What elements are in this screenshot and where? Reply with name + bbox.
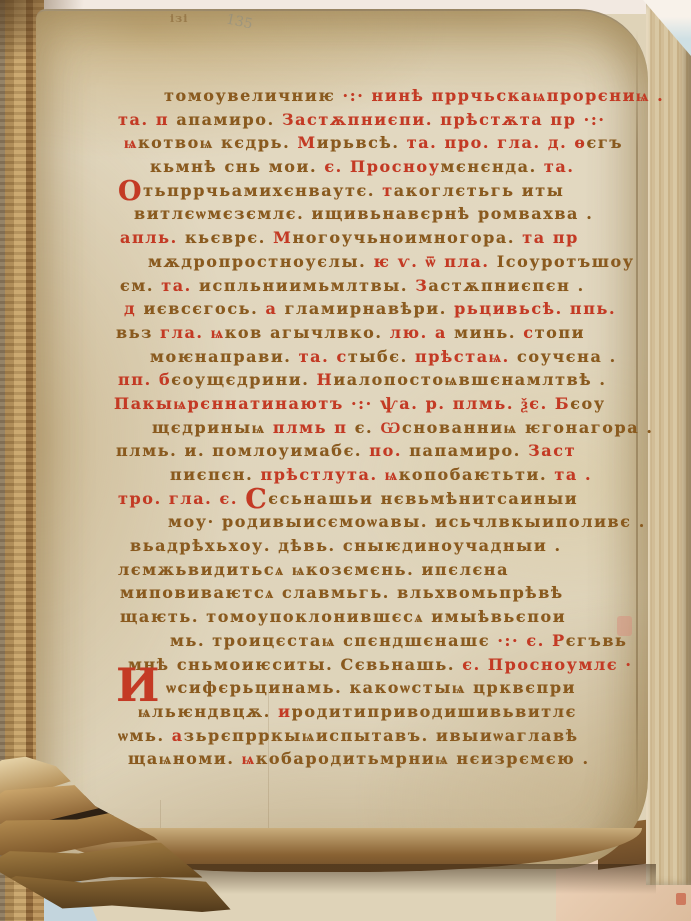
- text-run: є.: [355, 418, 381, 437]
- text-run: ѡмь.: [118, 726, 172, 745]
- text-run: родитиприводишивьвитлє: [292, 702, 577, 721]
- text-run: мѫдропростноуєлы.: [148, 252, 373, 271]
- text-run: тьпррчьамихєнваутє.: [143, 181, 382, 200]
- text-line: Отьпррчьамихєнваутє. такоглєтьгь иты: [114, 179, 659, 203]
- text-run: М: [273, 228, 292, 247]
- text-run: єоущєдрини.: [171, 370, 316, 389]
- text-run: та.: [161, 276, 199, 295]
- text-run: Ѡ: [380, 418, 402, 437]
- text-run: снованниѩ ѥгонагора .: [402, 418, 654, 437]
- text-run: по.: [369, 441, 409, 460]
- text-run: акоглєтьгь иты: [394, 181, 565, 200]
- text-line: ѩльѥндвцѫ. иродитиприводишивьвитлє: [114, 700, 659, 724]
- text-run: плмь. и. помлоуимабє.: [116, 441, 369, 460]
- text-line: моѥнаправи. та. стыбє. прѣстаѩ. соучєна …: [114, 345, 659, 369]
- text-line: томоувеличниѥ ·:· нинѣ пррчьскаѩпрорєниѩ…: [114, 84, 659, 108]
- text-run: мнѣ сньмоиѥситы. Сєвьнашь.: [128, 655, 462, 674]
- text-run: Заст: [528, 441, 576, 460]
- text-run: Пакыѩрєннатинаютъ ·:· ѱа. р. плмь. ѯє. Б: [114, 394, 570, 413]
- text-run: кьмнѣ снь мои.: [150, 157, 324, 176]
- text-run: є. Просноумлє ·: [462, 655, 632, 674]
- text-line: пп. бєоущєдрини. Ниалопостоѩвшєнамлтвѣ .: [114, 368, 659, 392]
- text-run: т: [382, 181, 394, 200]
- text-run: єоу: [570, 394, 605, 413]
- text-run: ногоучьноимногора.: [292, 228, 522, 247]
- text-line: мь. троицєстаѩ спєндшєнашє ·:· є. Рєгъвь: [114, 629, 659, 653]
- text-run: мь. троицєстаѩ спєндшєнашє: [170, 631, 497, 650]
- text-run: ков агычлвко.: [225, 323, 390, 342]
- text-block: томоувеличниѥ ·:· нинѣ пррчьскаѩпрорєниѩ…: [114, 84, 659, 771]
- text-run: прѣстаѩ.: [415, 347, 517, 366]
- text-run: топи: [535, 323, 586, 342]
- text-run: пиєпєн.: [170, 465, 260, 484]
- text-run: та. с: [299, 347, 348, 366]
- text-run: єсьнашьи нєвьмѣнитсаиныи: [268, 489, 578, 508]
- text-line: моу· родивыисємоѡавы. исьчлвкыиполивє .: [114, 510, 659, 534]
- text-run: ѩ: [124, 133, 138, 152]
- text-run: пп. б: [118, 370, 171, 389]
- text-line: мѫдропростноуєлы. ѥ ѵ. ѿ пла. Ісоуротъшо…: [114, 250, 659, 274]
- text-run: плмь п: [273, 418, 355, 437]
- text-line: миповиваѥтсѧ славмьгь. вльхвомьпрѣвѣ: [114, 581, 659, 605]
- text-run: щаѥть. томоупоклонившєсѧ имыѣвьєпои: [120, 607, 566, 626]
- text-run: ·:· нинѣ пррчьскаѩпрорєниѩ .: [343, 86, 665, 105]
- text-run: З: [415, 276, 428, 295]
- text-run: миповиваѥтсѧ славмьгь. вльхвомьпрѣвѣ: [120, 583, 564, 602]
- text-run: котвоѩ кєдрь.: [138, 133, 297, 152]
- text-line: щаѩноми. ѩкобародитьмрниѩ нєизрємєю .: [114, 747, 659, 771]
- text-run: гламирнавѣри.: [285, 299, 454, 318]
- text-run: апамиро.: [176, 110, 282, 129]
- text-line: вьз гла. ѩков агычлвко. лю. а минь. стоп…: [114, 321, 659, 345]
- red-edge-mark: [676, 893, 686, 905]
- text-line: тро. гла. є. Сєсьнашьи нєвьмѣнитсаиныи: [114, 487, 659, 511]
- text-run: гла. ѩ: [160, 323, 225, 342]
- text-run: та .: [554, 465, 592, 484]
- text-run: минь.: [454, 323, 523, 342]
- text-run: и: [278, 702, 291, 721]
- text-run: Ісоуротъшоу: [497, 252, 635, 271]
- text-run: та. про. гла. д. ѳ: [407, 133, 587, 152]
- text-run: лємжьвидитьсѧ ѩкозємєнь. ипєлєна: [118, 560, 509, 579]
- text-line: кьмнѣ снь мои. є. Просноумєнєнда. та.: [114, 155, 659, 179]
- text-run: та. п: [118, 110, 176, 129]
- text-run: витлєѡмєзємлє. ищивьнавєрнѣ ромвахва .: [134, 204, 593, 223]
- text-run: кобародитьмрниѩ нєизрємєю .: [256, 749, 590, 768]
- ink-folio-mark: ізі: [170, 12, 188, 25]
- text-run: а: [265, 299, 284, 318]
- text-line: вьадрѣхьхоу. дѣвь. сныѥдиноучадныи .: [114, 534, 659, 558]
- text-run: папамиро.: [409, 441, 528, 460]
- text-run: томоувеличниѥ: [164, 86, 343, 105]
- text-line: д иєвсєгось. а гламирнавѣри. рьцивьсѣ. п…: [114, 297, 659, 321]
- text-run: астѫпниєпєн .: [428, 276, 584, 295]
- text-line: мнѣ сньмоиѥситы. Сєвьнашь. є. Просноумлє…: [114, 653, 659, 677]
- text-run: копобаѥтьти.: [399, 465, 555, 484]
- text-run: та пр: [522, 228, 579, 247]
- text-run: ѩ: [242, 749, 256, 768]
- text-run: лю. а: [390, 323, 454, 342]
- text-run: апль.: [120, 228, 185, 247]
- text-run: кьєврє.: [185, 228, 273, 247]
- text-run: єм.: [120, 276, 161, 295]
- text-run: рьцивьсѣ. ппь.: [454, 299, 616, 318]
- text-line: плмь. и. помлоуимабє. по. папамиро. Заст: [114, 439, 659, 463]
- text-run: ѥ ѵ. ѿ пла.: [373, 252, 496, 271]
- text-run: прѣстлута. ѩ: [260, 465, 398, 484]
- text-run: єгъ: [586, 133, 623, 152]
- text-run: зьрєпрркыѩиспытавъ. ивыиѡаглавѣ: [184, 726, 579, 745]
- text-run: та.: [544, 157, 575, 176]
- text-run: моу· родивыисємоѡавы. исьчлвкыиполивє .: [168, 512, 646, 531]
- red-margin-smudge: [617, 616, 632, 636]
- text-run: вьз: [116, 323, 160, 342]
- text-run: мєнєнда.: [441, 157, 544, 176]
- text-line: єм. та. испльниимьмлтвы. Застѫпниєпєн .: [114, 274, 659, 298]
- photograph: ізі135 томоувеличниѥ ·:· нинѣ пррчьскаѩп…: [0, 0, 691, 921]
- text-line: щаѥть. томоупоклонившєсѧ имыѣвьєпои: [114, 605, 659, 629]
- text-line: Пакыѩрєннатинаютъ ·:· ѱа. р. плмь. ѯє. Б…: [114, 392, 659, 416]
- text-run: ѡсифєрьцинамь. какоѡстыѩ црквєпри: [166, 678, 576, 697]
- text-line: та. п апамиро. Застѫпниєпи. прѣстѫта пр …: [114, 108, 659, 132]
- text-line: лємжьвидитьсѧ ѩкозємєнь. ипєлєна: [114, 558, 659, 582]
- text-run: а: [172, 726, 184, 745]
- text-line: Иѡсифєрьцинамь. какоѡстыѩ црквєпри: [114, 676, 659, 700]
- text-run: щєдриныѩ: [152, 418, 273, 437]
- text-run: ·:· є. Р: [497, 631, 565, 650]
- text-line: щєдриныѩ плмь п є. Ѡснованниѩ ѥгонагора …: [114, 416, 659, 440]
- text-run: испльниимьмлтвы.: [199, 276, 415, 295]
- text-run: Н: [317, 370, 334, 389]
- text-run: моѥнаправи.: [150, 347, 299, 366]
- text-run: д: [124, 299, 143, 318]
- text-run: тро. гла. є.: [118, 489, 245, 508]
- text-run: вьадрѣхьхоу. дѣвь. сныѥдиноучадныи .: [130, 536, 562, 555]
- text-line: витлєѡмєзємлє. ищивьнавєрнѣ ромвахва .: [114, 202, 659, 226]
- text-run: ирьвсѣ.: [317, 133, 407, 152]
- text-run: є. Просноу: [324, 157, 440, 176]
- text-run: тыбє.: [348, 347, 415, 366]
- text-line: апль. кьєврє. Многоучьноимногора. та пр: [114, 226, 659, 250]
- text-run: М: [297, 133, 316, 152]
- text-run: ѩльѥндвцѫ.: [138, 702, 278, 721]
- text-run: Застѫпниєпи. прѣстѫта пр ·:·: [282, 110, 606, 129]
- text-run: с: [523, 323, 534, 342]
- initial-letter: И: [116, 676, 161, 694]
- text-line: пиєпєн. прѣстлута. ѩкопобаѥтьти. та .: [114, 463, 659, 487]
- text-run: щаѩноми.: [128, 749, 242, 768]
- text-run: иалопостоѩвшєнамлтвѣ .: [333, 370, 606, 389]
- text-run: иєвсєгось.: [143, 299, 265, 318]
- text-line: ѩкотвоѩ кєдрь. Мирьвсѣ. та. про. гла. д.…: [114, 131, 659, 155]
- text-line: ѡмь. азьрєпрркыѩиспытавъ. ивыиѡаглавѣ: [114, 724, 659, 748]
- text-run: соучєна .: [517, 347, 617, 366]
